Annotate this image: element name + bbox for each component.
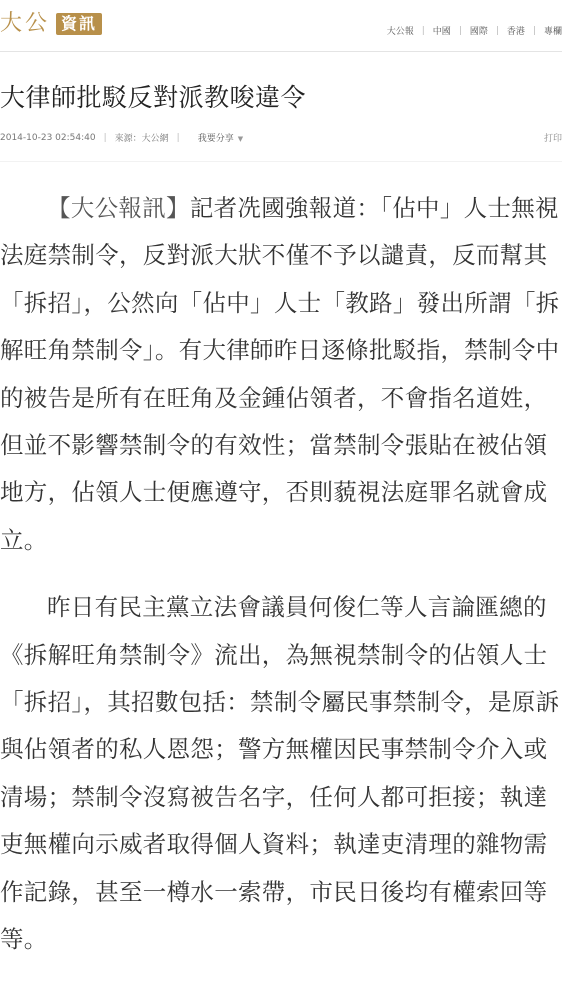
publish-datetime: 2014-10-23 02:54:40	[0, 133, 96, 143]
nav-separator: |	[533, 26, 536, 36]
article-paragraph: 昨日有民主黨立法會議員何俊仁等人言論匯總的《拆解旺角禁制令》流出，為無視禁制令的…	[0, 584, 562, 960]
logo-badge: 資訊	[56, 13, 102, 35]
nav-separator: |	[496, 26, 499, 36]
divider	[0, 161, 562, 162]
caret-down-icon: ▼	[238, 135, 243, 143]
article-source: 來源：大公網	[115, 131, 169, 144]
paragraph-text: 昨日有民主黨立法會議員何俊仁等人言論匯總的《拆解旺角禁制令》流出，為無視禁制令的…	[0, 593, 559, 953]
dateline: 【大公報訊】	[47, 194, 190, 222]
nav-item-takungpao[interactable]: 大公報	[387, 24, 414, 37]
paragraph-text: 記者冼國強報道：「佔中」人士無視法庭禁制令，反對派大狀不僅不予以譴責，反而幫其「…	[0, 194, 559, 554]
meta-separator: |	[104, 133, 107, 143]
site-logo[interactable]: 大公 資訊	[0, 12, 102, 36]
nav-item-columns[interactable]: 專欄	[544, 24, 562, 37]
meta-separator: |	[177, 133, 180, 143]
nav-item-hongkong[interactable]: 香港	[507, 24, 525, 37]
top-navigation: 大公報 | 中國 | 國際 | 香港 | 專欄	[387, 24, 562, 37]
logo-wordmark: 大公	[0, 12, 50, 36]
article-title: 大律師批駁反對派教唆違令	[0, 78, 306, 114]
article-meta: 2014-10-23 02:54:40 | 來源：大公網 | 我要分享▼ 打印	[0, 131, 562, 144]
nav-separator: |	[422, 26, 425, 36]
article-paragraph: 【大公報訊】記者冼國強報道：「佔中」人士無視法庭禁制令，反對派大狀不僅不予以譴責…	[0, 185, 562, 564]
site-header: 大公 資訊 大公報 | 中國 | 國際 | 香港 | 專欄	[0, 0, 562, 52]
article-body: 【大公報訊】記者冼國強報道：「佔中」人士無視法庭禁制令，反對派大狀不僅不予以譴責…	[0, 185, 562, 960]
share-label: 我要分享	[198, 134, 234, 144]
nav-item-international[interactable]: 國際	[470, 24, 488, 37]
print-link[interactable]: 打印	[544, 131, 562, 144]
nav-separator: |	[459, 26, 462, 36]
nav-item-china[interactable]: 中國	[433, 24, 451, 37]
share-dropdown[interactable]: 我要分享▼	[198, 131, 243, 144]
